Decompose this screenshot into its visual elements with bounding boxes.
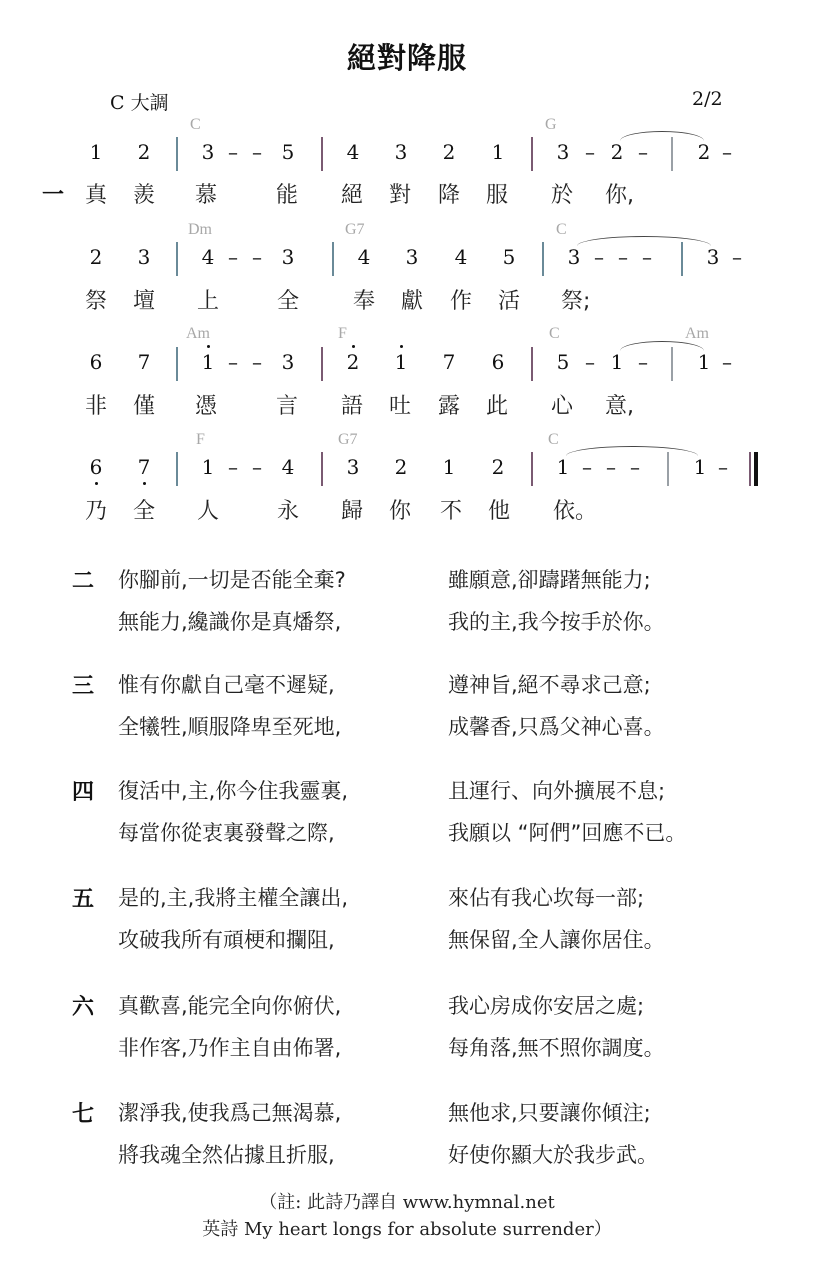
dash: – — [642, 245, 652, 269]
verse-line: 潔淨我,使我爲己無渴慕, — [118, 1097, 341, 1127]
note: 3 — [553, 140, 573, 164]
dash: – — [718, 455, 728, 479]
dash: – — [252, 455, 262, 479]
dash: – — [638, 140, 648, 164]
lyric: 意, — [605, 389, 634, 420]
high-octave-dot — [352, 345, 355, 348]
note: 2 — [343, 350, 363, 374]
dash: – — [585, 350, 595, 374]
verse-line: 無能力,纔識你是真燔祭, — [118, 606, 341, 636]
note: 3 — [343, 455, 363, 479]
chord-label: F — [338, 325, 347, 343]
note: 3 — [278, 245, 298, 269]
chord-label: C — [556, 221, 567, 239]
note: 1 — [488, 140, 508, 164]
dash: – — [228, 350, 238, 374]
chord-label: F — [196, 431, 205, 449]
dash: – — [594, 245, 604, 269]
dash: – — [722, 140, 732, 164]
verse-line: 好使你顯大於我步武。 — [448, 1139, 658, 1169]
note: 3 — [402, 245, 422, 269]
lyric: 獻 — [401, 284, 423, 315]
bar-line — [321, 137, 323, 171]
lyric: 壇 — [133, 284, 155, 315]
bar-line — [542, 242, 544, 276]
note: 5 — [278, 140, 298, 164]
chord-label: Dm — [188, 221, 212, 239]
bar-line — [176, 452, 178, 486]
verse-line: 每角落,無不照你調度。 — [448, 1032, 665, 1062]
verse-line: 將我魂全然佔據且折服, — [118, 1139, 335, 1169]
dash: – — [228, 140, 238, 164]
lyric: 絕 — [341, 178, 363, 209]
note: 1 — [553, 455, 573, 479]
final-barline-thick — [754, 452, 758, 486]
note: 7 — [134, 455, 154, 479]
note: 4 — [354, 245, 374, 269]
note: 2 — [439, 140, 459, 164]
lyric: 上 — [197, 284, 219, 315]
note: 1 — [607, 350, 627, 374]
lyric: 活 — [498, 284, 520, 315]
tie — [620, 131, 704, 141]
note: 3 — [564, 245, 584, 269]
verse-line: 真歡喜,能完全向你俯伏, — [118, 990, 341, 1020]
bar-line — [667, 452, 669, 486]
verse-line: 你腳前,一切是否能全棄? — [118, 564, 346, 594]
verse-line: 我願以 “阿們”回應不已。 — [448, 817, 686, 847]
lyric: 人 — [197, 494, 219, 525]
verse-line: 來佔有我心坎每一部; — [448, 882, 644, 912]
note: 6 — [488, 350, 508, 374]
verse-number: 四 — [72, 775, 94, 806]
note: 4 — [343, 140, 363, 164]
note: 3 — [703, 245, 723, 269]
lyric: 憑 — [195, 389, 217, 420]
chord-label: G7 — [338, 431, 358, 449]
dash: – — [252, 245, 262, 269]
verse-line: 雖願意,卻躊躇無能力; — [448, 564, 651, 594]
note: 2 — [694, 140, 714, 164]
note: 1 — [391, 350, 411, 374]
lyric: 祭; — [561, 284, 590, 315]
note: 3 — [198, 140, 218, 164]
dash: – — [618, 245, 628, 269]
note: 3 — [134, 245, 154, 269]
lyric: 你 — [389, 494, 411, 525]
note: 2 — [607, 140, 627, 164]
bar-line — [681, 242, 683, 276]
chord-label: Am — [685, 325, 709, 343]
bar-line — [671, 137, 673, 171]
tie — [577, 236, 711, 246]
note: 4 — [198, 245, 218, 269]
verse-number: 三 — [72, 669, 94, 700]
dash: – — [228, 245, 238, 269]
high-octave-dot — [400, 345, 403, 348]
verse-number: 六 — [72, 990, 94, 1021]
verse-line: 全犧牲,順服降卑至死地, — [118, 711, 341, 741]
lyric: 此 — [486, 389, 508, 420]
verse-number: 一 — [42, 178, 64, 209]
lyric: 全 — [133, 494, 155, 525]
note: 4 — [278, 455, 298, 479]
lyric: 乃 — [85, 494, 107, 525]
bar-line — [531, 137, 533, 171]
key-signature: C 大調 — [110, 88, 169, 115]
note: 1 — [694, 350, 714, 374]
bar-line — [176, 242, 178, 276]
verse-line: 復活中,主,你今住我靈裏, — [118, 775, 348, 805]
verse-line: 我心房成你安居之處; — [448, 990, 644, 1020]
tie — [566, 446, 698, 456]
lyric: 不 — [440, 494, 462, 525]
dash: – — [228, 455, 238, 479]
lyric: 僅 — [133, 389, 155, 420]
note: 2 — [391, 455, 411, 479]
high-octave-dot — [207, 345, 210, 348]
note: 6 — [86, 350, 106, 374]
dash: – — [606, 455, 616, 479]
dash: – — [630, 455, 640, 479]
lyric: 依。 — [553, 494, 597, 525]
dash: – — [252, 350, 262, 374]
lyric: 慕 — [195, 178, 217, 209]
note: 2 — [86, 245, 106, 269]
translation-note-line-1: （註: 此詩乃譯自 www.hymnal.net — [0, 1188, 814, 1214]
note: 1 — [439, 455, 459, 479]
note: 7 — [134, 350, 154, 374]
verse-number: 五 — [72, 882, 94, 913]
verse-line: 攻破我所有頑梗和攔阻, — [118, 924, 335, 954]
lyric: 服 — [486, 178, 508, 209]
verse-line: 無保留,全人讓你居住。 — [448, 924, 665, 954]
note: 1 — [690, 455, 710, 479]
verse-line: 無他求,只要讓你傾注; — [448, 1097, 651, 1127]
chord-label: G — [545, 116, 557, 134]
dash: – — [585, 140, 595, 164]
dash: – — [252, 140, 262, 164]
lyric: 能 — [276, 178, 298, 209]
verse-line: 遵神旨,絕不尋求己意; — [448, 669, 651, 699]
lyric: 言 — [276, 389, 298, 420]
note: 1 — [198, 455, 218, 479]
lyric: 於 — [551, 178, 573, 209]
lyric: 奉 — [353, 284, 375, 315]
lyric: 真 — [85, 178, 107, 209]
verse-line: 我的主,我今按手於你。 — [448, 606, 665, 636]
low-octave-dot — [95, 482, 98, 485]
bar-line — [176, 347, 178, 381]
lyric: 全 — [277, 284, 299, 315]
lyric: 露 — [438, 389, 460, 420]
final-barline-thin — [749, 452, 751, 486]
dash: – — [638, 350, 648, 374]
hymn-title: 絕對降服 — [0, 36, 814, 77]
verse-number: 七 — [72, 1097, 94, 1128]
verse-line: 惟有你獻自己毫不遲疑, — [118, 669, 335, 699]
note: 2 — [134, 140, 154, 164]
note: 4 — [451, 245, 471, 269]
verse-line: 非作客,乃作主自由佈署, — [118, 1032, 341, 1062]
note: 6 — [86, 455, 106, 479]
low-octave-dot — [143, 482, 146, 485]
note: 7 — [439, 350, 459, 374]
lyric: 他 — [488, 494, 510, 525]
lyric: 作 — [450, 284, 472, 315]
bar-line — [671, 347, 673, 381]
verse-line: 且運行、向外擴展不息; — [448, 775, 665, 805]
dash: – — [582, 455, 592, 479]
chord-label: Am — [186, 325, 210, 343]
verse-line: 每當你從衷裏發聲之際, — [118, 817, 335, 847]
note: 3 — [391, 140, 411, 164]
note: 1 — [86, 140, 106, 164]
note: 5 — [553, 350, 573, 374]
lyric: 語 — [341, 389, 363, 420]
lyric: 歸 — [341, 494, 363, 525]
note: 3 — [278, 350, 298, 374]
chord-label: C — [190, 116, 201, 134]
translation-note-line-2: 英詩 My heart longs for absolute surrender… — [0, 1215, 814, 1241]
bar-line — [176, 137, 178, 171]
dash: – — [722, 350, 732, 374]
lyric: 降 — [438, 178, 460, 209]
chord-label: G7 — [345, 221, 365, 239]
bar-line — [321, 452, 323, 486]
bar-line — [531, 452, 533, 486]
bar-line — [531, 347, 533, 381]
chord-label: C — [549, 325, 560, 343]
verse-line: 是的,主,我將主權全讓出, — [118, 882, 348, 912]
lyric: 你, — [605, 178, 634, 209]
lyric: 心 — [551, 389, 573, 420]
dash: – — [732, 245, 742, 269]
note: 5 — [499, 245, 519, 269]
lyric: 祭 — [85, 284, 107, 315]
verse-line: 成馨香,只爲父神心喜。 — [448, 711, 665, 741]
bar-line — [332, 242, 334, 276]
bar-line — [321, 347, 323, 381]
lyric: 非 — [85, 389, 107, 420]
note: 2 — [488, 455, 508, 479]
chord-label: C — [548, 431, 559, 449]
note: 1 — [198, 350, 218, 374]
lyric: 羨 — [133, 178, 155, 209]
lyric: 對 — [389, 178, 411, 209]
verse-number: 二 — [72, 564, 94, 595]
time-signature: 2/2 — [692, 88, 723, 110]
lyric: 吐 — [389, 389, 411, 420]
lyric: 永 — [277, 494, 299, 525]
